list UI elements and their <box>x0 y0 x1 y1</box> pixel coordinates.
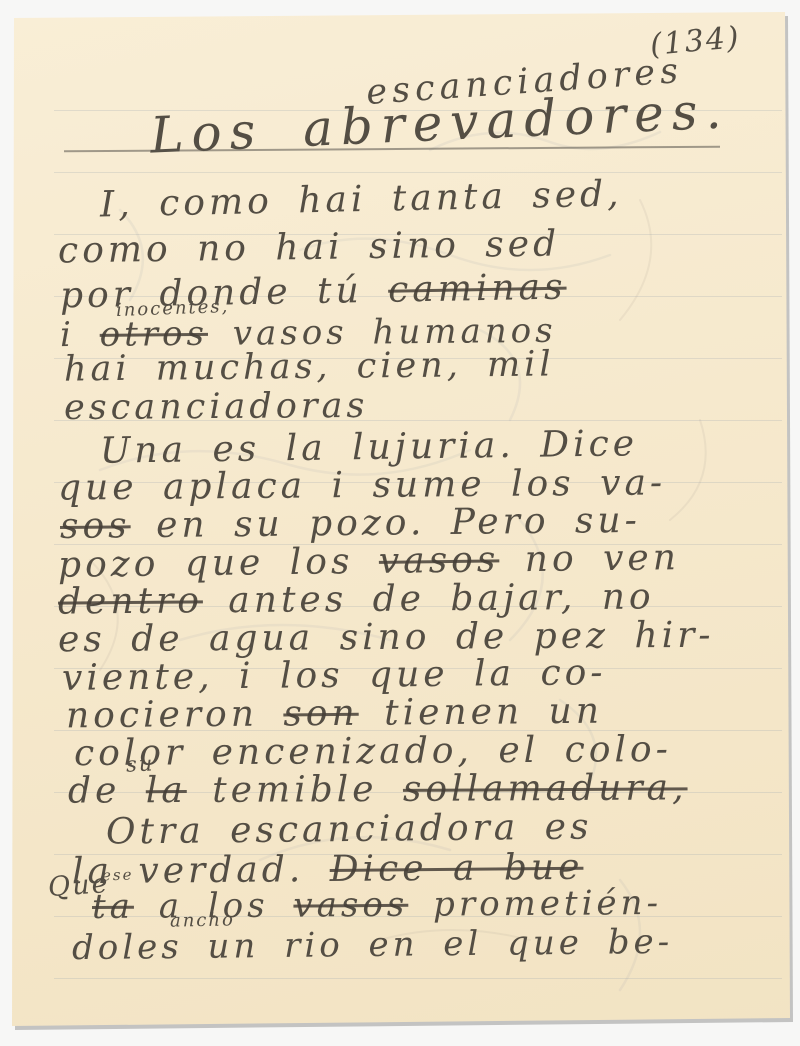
handwritten-text: como no hai sino sed <box>58 223 561 271</box>
inserted-word: inocentes, <box>116 298 230 320</box>
handwritten-text: escanciadoras <box>64 386 369 428</box>
manuscript-line: I, como hai tanta sed, <box>100 177 623 224</box>
struck-text: vasos <box>293 885 408 926</box>
handwritten-text: nocieron <box>66 693 284 736</box>
manuscript-line: nocieron son tienen un <box>66 694 603 735</box>
inserted-word: ancho <box>170 911 235 930</box>
struck-text: dentro <box>58 580 203 622</box>
manuscript-line: color encenizado, el colo- <box>74 732 672 772</box>
manuscript-line: como no hai sino sed <box>58 226 561 269</box>
scanned-page: (134) escanciadores Los abrevadores. I, … <box>0 0 800 1046</box>
struck-text: son <box>283 693 359 735</box>
manuscript-line: hai muchas, cien, mil <box>64 347 555 387</box>
struck-text: caminas <box>388 267 567 311</box>
manuscript-line: doles un rio en el que be- <box>72 925 673 965</box>
struck-text: sos <box>60 505 131 547</box>
inserted-word: su <box>125 753 154 775</box>
manuscript-line: Otra escanciadora es <box>106 809 593 850</box>
handwritten-text: hai muchas, cien, mil <box>64 344 555 389</box>
handwritten-text: temible <box>187 769 403 811</box>
handwritten-text: I, como hai tanta sed, <box>100 174 623 226</box>
struck-text: vasos <box>379 539 500 581</box>
ruled-line <box>54 172 782 173</box>
manuscript-line: dentro antes de bajar, no <box>58 579 655 620</box>
handwritten-text: doles un rio en el que be- <box>72 922 673 968</box>
handwritten-text: de <box>68 770 146 811</box>
manuscript-line: es de agua sino de pez hir- <box>58 618 715 659</box>
manuscript-line: escanciadoras <box>64 389 369 426</box>
handwritten-text: tienen un <box>359 691 604 734</box>
handwritten-text: no ven <box>499 537 680 580</box>
struck-text: sollamadura, <box>403 767 688 809</box>
inserted-word: ese <box>102 867 134 883</box>
handwritten-text: Otra escanciadora es <box>106 806 593 852</box>
ruled-line <box>54 978 782 979</box>
manuscript-paper: (134) escanciadores Los abrevadores. I, … <box>0 0 800 1046</box>
manuscript-line: de la temible sollamadura, <box>68 770 688 809</box>
manuscript-title: Los abrevadores. <box>149 81 730 164</box>
inserted-word: Que <box>47 870 110 901</box>
handwritten-text: prometién- <box>408 883 662 925</box>
struck-text: la <box>146 770 187 811</box>
